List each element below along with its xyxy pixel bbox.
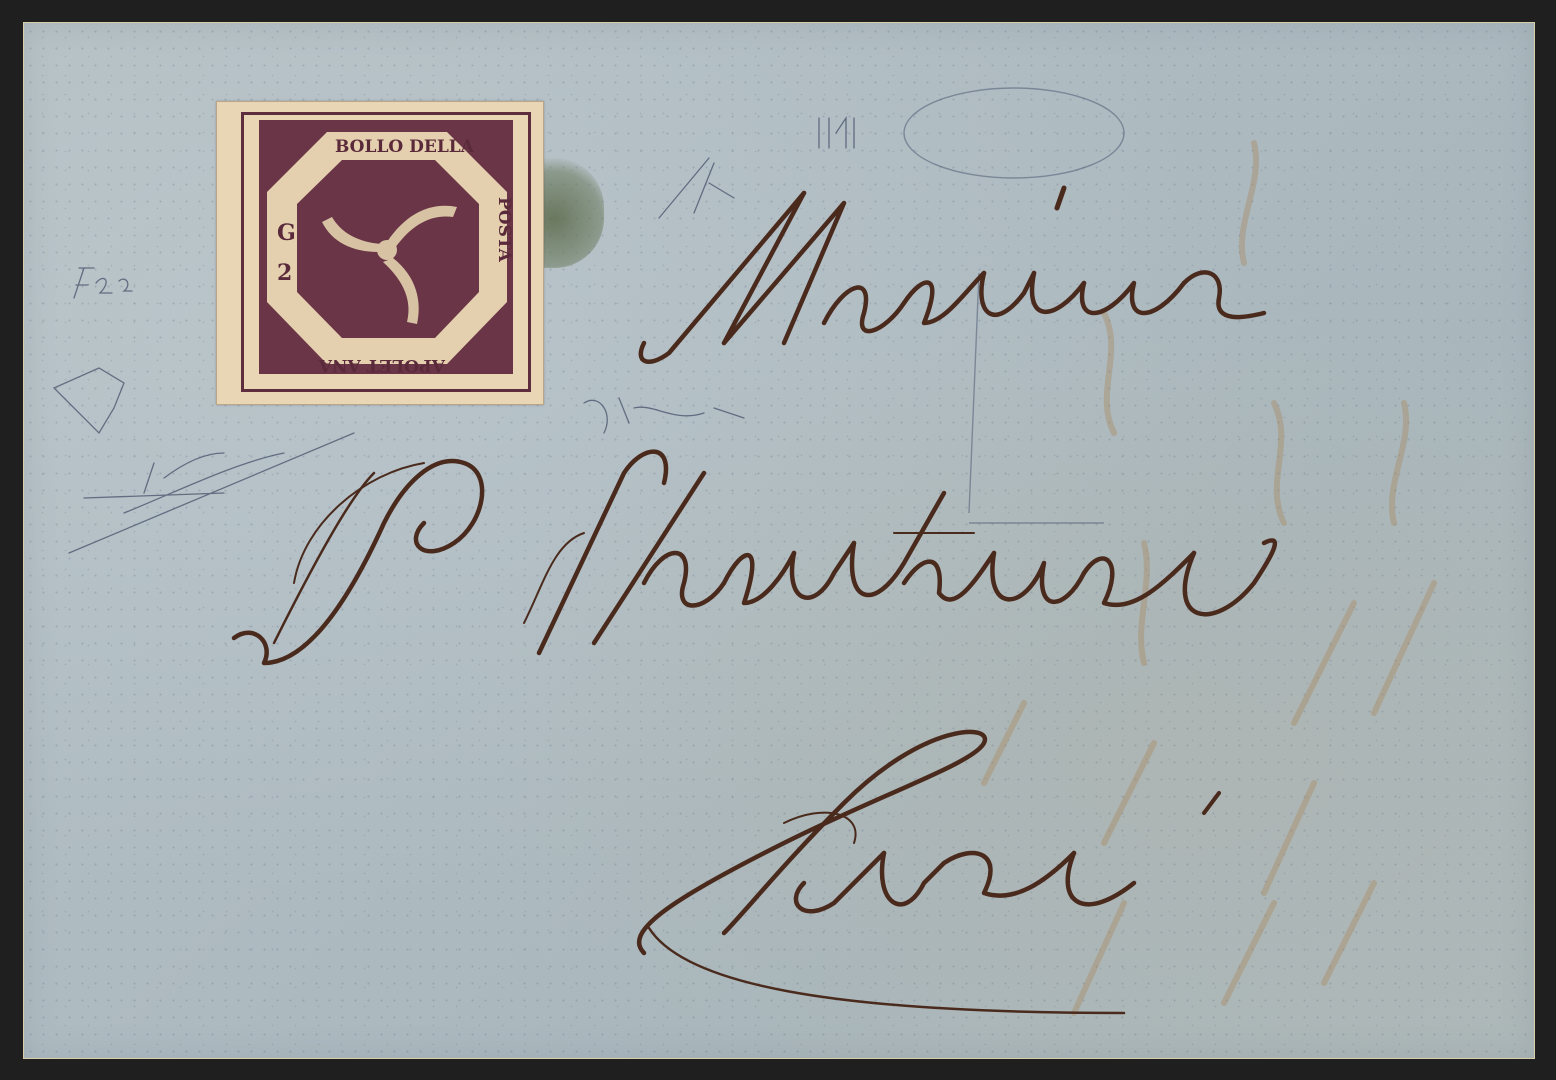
postal-cover: BOLLO DELLA POSTA APOLET ANA G 2 BOLLO D… bbox=[23, 22, 1535, 1059]
handwritten-address bbox=[24, 23, 1534, 1058]
address-line-2-script bbox=[234, 452, 1275, 663]
address-line-3-script bbox=[639, 732, 1219, 1013]
address-line-1-script bbox=[641, 188, 1264, 362]
